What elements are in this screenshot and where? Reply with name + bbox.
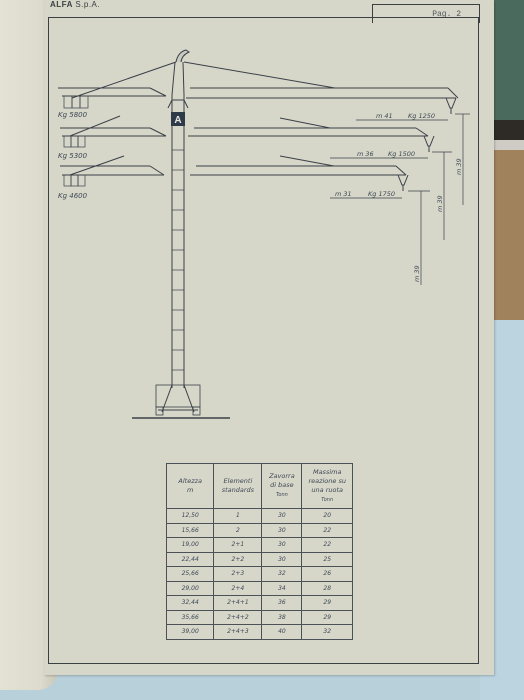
cell-reazione: 22 — [302, 523, 353, 538]
table-header-row: Altezza m Elementi standards Zavorra di … — [167, 464, 353, 509]
jib-reach-label-3: m 31 — [335, 190, 352, 198]
cell-altezza: 35,66 — [167, 610, 214, 625]
cell-elementi: 1 — [214, 509, 262, 524]
cell-zavorra: 30 — [262, 552, 302, 567]
cell-elementi: 2+4 — [214, 581, 262, 596]
cell-altezza: 12,50 — [167, 509, 214, 524]
cell-reazione: 22 — [302, 538, 353, 553]
jib-load-label-1: Kg 1250 — [408, 112, 435, 120]
table-row: 29,00 2+4 34 28 — [167, 581, 353, 596]
cell-reazione: 32 — [302, 625, 353, 640]
cell-reazione: 28 — [302, 581, 353, 596]
cell-reazione: 29 — [302, 610, 353, 625]
header-text: reazione su — [308, 477, 346, 485]
cell-altezza: 39,00 — [167, 625, 214, 640]
cell-altezza: 32,44 — [167, 596, 214, 611]
header-text: Altezza — [178, 477, 202, 485]
jib-load-label-3: Kg 1750 — [368, 190, 395, 198]
tower-badge-letter: A — [174, 115, 181, 126]
cell-zavorra: 32 — [262, 567, 302, 582]
height-label-1: m 39 — [455, 158, 463, 175]
cell-reazione: 29 — [302, 596, 353, 611]
jib-reach-label-1: m 41 — [376, 112, 393, 120]
cell-altezza: 22,44 — [167, 552, 214, 567]
height-label-2: m 39 — [436, 195, 444, 212]
specs-table-container: Altezza m Elementi standards Zavorra di … — [166, 463, 353, 640]
header-unit: Tonn — [276, 492, 288, 498]
cell-zavorra: 30 — [262, 523, 302, 538]
table-row: 15,66 2 30 22 — [167, 523, 353, 538]
cell-elementi: 2+3 — [214, 567, 262, 582]
cell-elementi: 2+4+1 — [214, 596, 262, 611]
header-text: standards — [222, 486, 254, 494]
table-row: 32,44 2+4+1 36 29 — [167, 596, 353, 611]
counterweight-label-2: Kg 5300 — [58, 152, 88, 160]
table-row: 12,50 1 30 20 — [167, 509, 353, 524]
table-row: 19,00 2+1 30 22 — [167, 538, 353, 553]
header-zavorra: Zavorra di base Tonn — [262, 464, 302, 509]
header-text: m — [187, 486, 193, 494]
cell-elementi: 2+4+3 — [214, 625, 262, 640]
cell-zavorra: 40 — [262, 625, 302, 640]
table-row: 35,66 2+4+2 38 29 — [167, 610, 353, 625]
header-reazione: Massima reazione su una ruota Tonn — [302, 464, 353, 509]
header-text: Elementi — [224, 477, 253, 485]
cell-reazione: 25 — [302, 552, 353, 567]
jib-load-label-2: Kg 1500 — [388, 150, 415, 158]
cell-altezza: 29,00 — [167, 581, 214, 596]
table-row: 39,00 2+4+3 40 32 — [167, 625, 353, 640]
cell-elementi: 2+2 — [214, 552, 262, 567]
cell-reazione: 26 — [302, 567, 353, 582]
specs-table: Altezza m Elementi standards Zavorra di … — [166, 463, 353, 640]
table-row: 25,66 2+3 32 26 — [167, 567, 353, 582]
header-text: una ruota — [311, 486, 343, 494]
cell-zavorra: 38 — [262, 610, 302, 625]
counterweight-label-1: Kg 5800 — [58, 111, 88, 119]
cell-reazione: 20 — [302, 509, 353, 524]
header-altezza: Altezza m — [167, 464, 214, 509]
cell-altezza: 15,66 — [167, 523, 214, 538]
cell-elementi: 2+4+2 — [214, 610, 262, 625]
table-row: 22,44 2+2 30 25 — [167, 552, 353, 567]
cell-elementi: 2 — [214, 523, 262, 538]
header-text: di base — [270, 481, 294, 489]
header-unit: Tonn — [321, 497, 333, 503]
header-text: Massima — [313, 468, 342, 476]
header-text: Zavorra — [269, 472, 295, 480]
counterweight-label-3: Kg 4600 — [58, 192, 88, 200]
height-label-3: m 39 — [413, 265, 421, 282]
cell-elementi: 2+1 — [214, 538, 262, 553]
jib-reach-label-2: m 36 — [357, 150, 374, 158]
cell-altezza: 19,00 — [167, 538, 214, 553]
cell-zavorra: 30 — [262, 509, 302, 524]
cell-zavorra: 30 — [262, 538, 302, 553]
cell-zavorra: 34 — [262, 581, 302, 596]
header-elementi: Elementi standards — [214, 464, 262, 509]
cell-zavorra: 36 — [262, 596, 302, 611]
cell-altezza: 25,66 — [167, 567, 214, 582]
